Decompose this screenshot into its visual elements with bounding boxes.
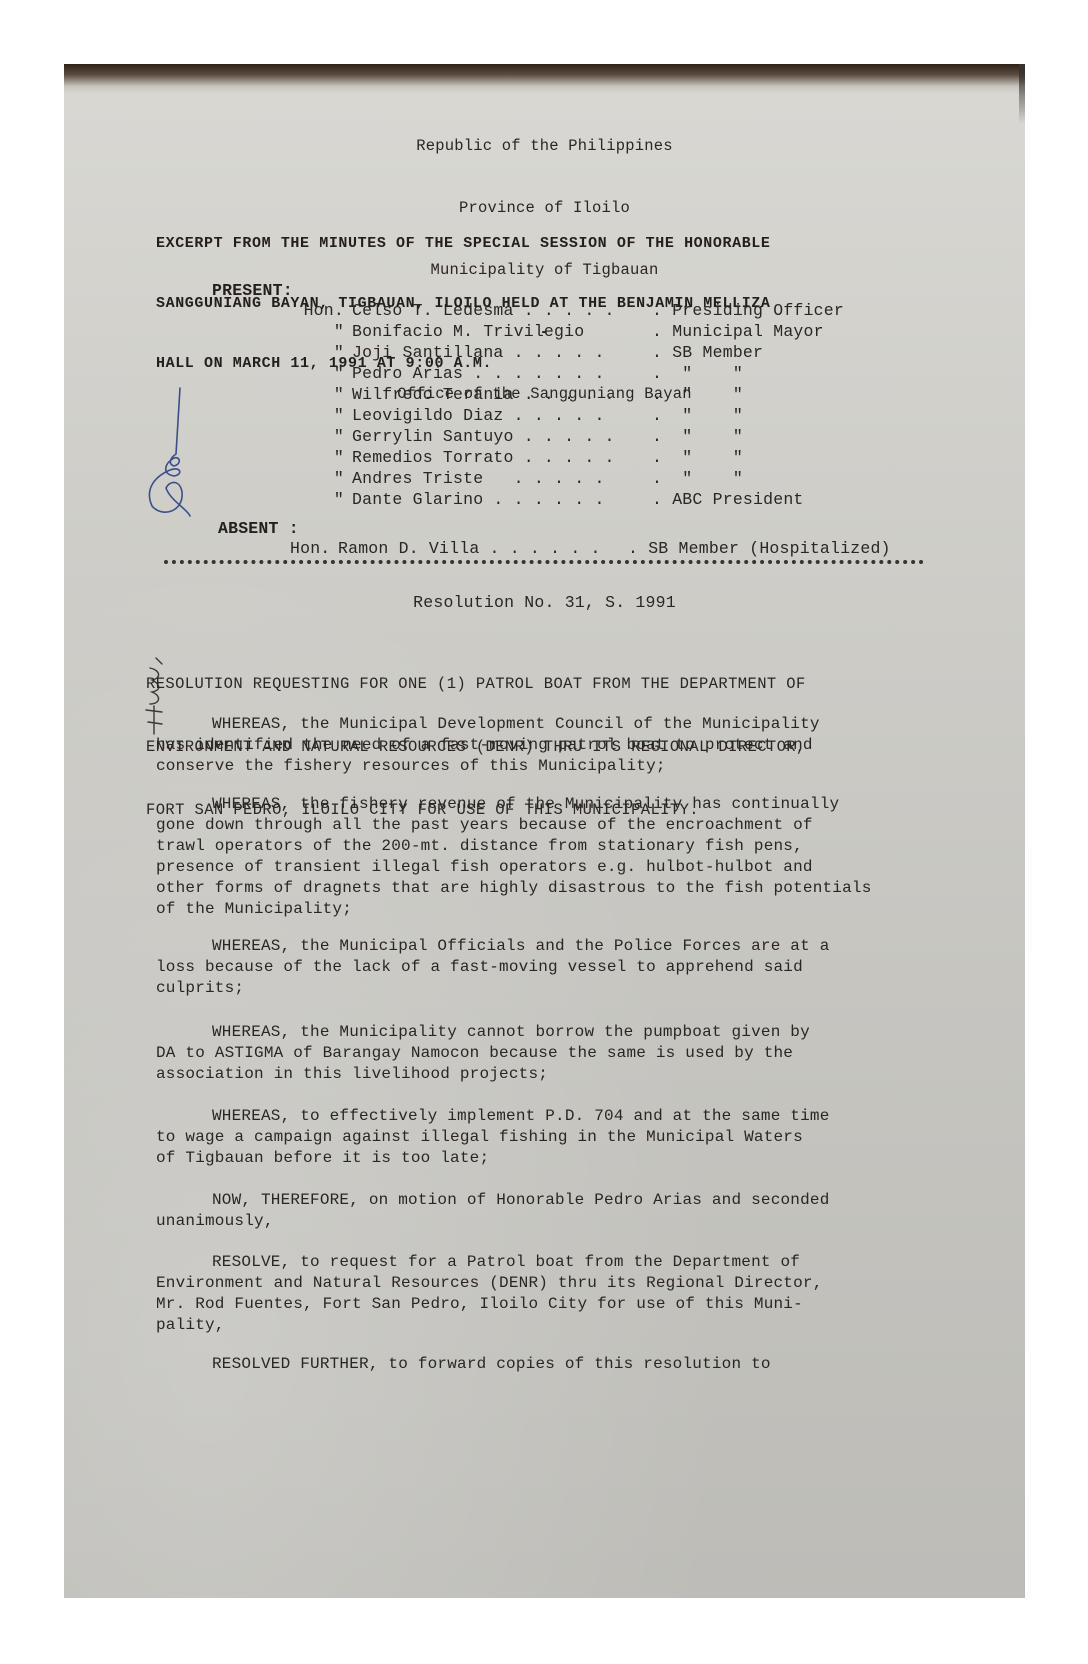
letterhead-republic: Republic of the Philippines — [64, 136, 1025, 156]
body-paragraph: WHEREAS, the fishery revenue of the Muni… — [156, 794, 872, 920]
member-prefix: " — [274, 489, 352, 510]
absent-prefix: Hon. — [290, 538, 338, 559]
paragraph-line: of Tigbauan before it is too late; — [156, 1148, 830, 1169]
member-position: . " " — [652, 384, 743, 405]
roster-row: "Andres Triste . . . . .. " " — [274, 468, 844, 489]
roster-row: "Wilfredo Terania . . . . .. " " — [274, 384, 844, 405]
member-position: . " " — [652, 447, 743, 468]
paragraph-line: RESOLVE, to request for a Patrol boat fr… — [156, 1252, 823, 1273]
paragraph-line: pality, — [156, 1315, 823, 1336]
member-prefix: " — [274, 321, 352, 342]
document-photo: Republic of the Philippines Province of … — [64, 64, 1025, 1598]
paragraph-line: WHEREAS, the Municipal Officials and the… — [156, 936, 830, 957]
paragraph-line: to wage a campaign against illegal fishi… — [156, 1127, 830, 1148]
member-name: Dante Glarino . . . . . . — [352, 489, 652, 510]
absent-row: Hon. Ramon D. Villa . . . . . . . SB Mem… — [290, 538, 891, 559]
section-divider — [164, 560, 924, 564]
paragraph-line: other forms of dragnets that are highly … — [156, 878, 872, 899]
paragraph-line: WHEREAS, the Municipality cannot borrow … — [156, 1022, 810, 1043]
body-paragraph: WHEREAS, the Municipality cannot borrow … — [156, 1022, 810, 1085]
roster-row: "Leovigildo Diaz . . . . .. " " — [274, 405, 844, 426]
roster-row: Hon.Celso T. Ledesma . . . . .. Presidin… — [274, 300, 844, 321]
paragraph-line: WHEREAS, the fishery revenue of the Muni… — [156, 794, 872, 815]
paragraph-line: WHEREAS, to effectively implement P.D. 7… — [156, 1106, 830, 1127]
page-curl-shadow — [64, 64, 1025, 94]
body-paragraph: RESOLVED FURTHER, to forward copies of t… — [156, 1354, 771, 1375]
member-position: . " " — [652, 363, 743, 384]
present-roster: Hon.Celso T. Ledesma . . . . .. Presidin… — [274, 300, 844, 510]
paragraph-line: gone down through all the past years bec… — [156, 815, 872, 836]
paragraph-line: NOW, THEREFORE, on motion of Honorable P… — [156, 1190, 830, 1211]
member-name: Celso T. Ledesma . . . . . — [352, 300, 652, 321]
member-position: . Municipal Mayor — [652, 321, 824, 342]
present-label: PRESENT: — [212, 280, 293, 301]
roster-row: "Dante Glarino . . . . . .. ABC Presiden… — [274, 489, 844, 510]
member-prefix: " — [274, 426, 352, 447]
member-position: . " " — [652, 468, 743, 489]
member-name: Pedro Arias . . . . . . . — [352, 363, 652, 384]
paragraph-line: Mr. Rod Fuentes, Fort San Pedro, Iloilo … — [156, 1294, 823, 1315]
paragraph-line: loss because of the lack of a fast-movin… — [156, 957, 830, 978]
member-position: . Presiding Officer — [652, 300, 844, 321]
title-line: RESOLUTION REQUESTING FOR ONE (1) PATROL… — [146, 674, 806, 695]
roster-row: "Gerrylin Santuyo . . . . .. " " — [274, 426, 844, 447]
resolution-number: Resolution No. 31, S. 1991 — [64, 592, 1025, 613]
absent-name: Ramon D. Villa . . . . . . — [338, 538, 628, 559]
excerpt-line: EXCERPT FROM THE MINUTES OF THE SPECIAL … — [156, 234, 771, 254]
paragraph-line: WHEREAS, the Municipal Development Counc… — [156, 714, 820, 735]
member-name: Remedios Torrato . . . . . — [352, 447, 652, 468]
paragraph-line: has identified the need of a fast-moving… — [156, 735, 820, 756]
member-name: Bonifacio M. Trivilegio — [352, 321, 652, 342]
member-name: Joji Santillana . . . . . — [352, 342, 652, 363]
body-paragraph: RESOLVE, to request for a Patrol boat fr… — [156, 1252, 823, 1336]
member-prefix: Hon. — [274, 300, 352, 321]
roster-row: "Pedro Arias . . . . . . .. " " — [274, 363, 844, 384]
paragraph-line: RESOLVED FURTHER, to forward copies of t… — [156, 1354, 771, 1375]
paragraph-line: presence of transient illegal fish opera… — [156, 857, 872, 878]
member-name: Andres Triste . . . . . — [352, 468, 652, 489]
roster-row: "Bonifacio M. Trivilegio. Municipal Mayo… — [274, 321, 844, 342]
member-position: . " " — [652, 405, 743, 426]
body-paragraph: WHEREAS, to effectively implement P.D. 7… — [156, 1106, 830, 1169]
signature-mark — [140, 384, 200, 524]
member-prefix: " — [274, 342, 352, 363]
paragraph-line: of the Municipality; — [156, 899, 872, 920]
paragraph-line: DA to ASTIGMA of Barangay Namocon becaus… — [156, 1043, 810, 1064]
body-paragraph: NOW, THEREFORE, on motion of Honorable P… — [156, 1190, 830, 1232]
member-name: Leovigildo Diaz . . . . . — [352, 405, 652, 426]
roster-row: "Remedios Torrato . . . . .. " " — [274, 447, 844, 468]
member-prefix: " — [274, 405, 352, 426]
paragraph-line: conserve the fishery resources of this M… — [156, 756, 820, 777]
paragraph-line: association in this livelihood projects; — [156, 1064, 810, 1085]
member-prefix: " — [274, 363, 352, 384]
member-name: Wilfredo Terania . . . . . — [352, 384, 652, 405]
member-prefix: " — [274, 468, 352, 489]
roster-row: "Joji Santillana . . . . .. SB Member — [274, 342, 844, 363]
member-prefix: " — [274, 384, 352, 405]
member-position: . " " — [652, 426, 743, 447]
body-paragraph: WHEREAS, the Municipal Development Counc… — [156, 714, 820, 777]
member-prefix: " — [274, 447, 352, 468]
absent-position: . SB Member (Hospitalized) — [628, 538, 891, 559]
member-position: . ABC President — [652, 489, 804, 510]
paragraph-line: unanimously, — [156, 1211, 830, 1232]
absent-label: ABSENT : — [218, 518, 299, 539]
member-position: . SB Member — [652, 342, 763, 363]
body-paragraph: WHEREAS, the Municipal Officials and the… — [156, 936, 830, 999]
paragraph-line: culprits; — [156, 978, 830, 999]
paragraph-line: Environment and Natural Resources (DENR)… — [156, 1273, 823, 1294]
paragraph-line: trawl operators of the 200-mt. distance … — [156, 836, 872, 857]
member-name: Gerrylin Santuyo . . . . . — [352, 426, 652, 447]
